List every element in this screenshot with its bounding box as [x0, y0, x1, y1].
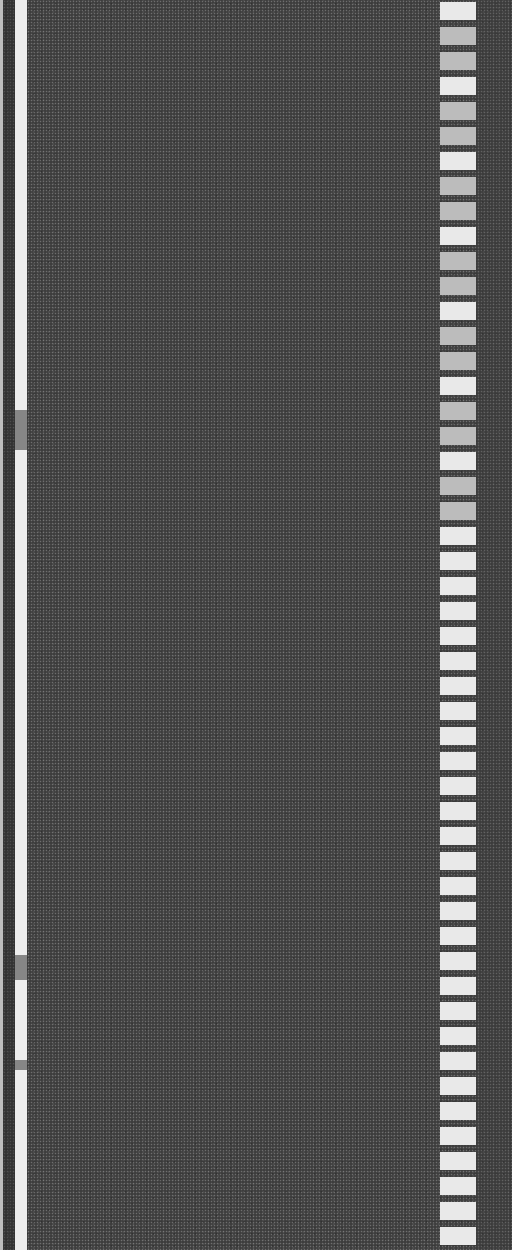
stripe	[440, 127, 476, 145]
stripe	[440, 1102, 476, 1120]
stripe	[440, 677, 476, 695]
stripe	[440, 952, 476, 970]
stripe	[440, 1202, 476, 1220]
line-wear	[15, 1060, 27, 1070]
stripe	[440, 577, 476, 595]
stripe	[440, 27, 476, 45]
line-wear	[15, 955, 27, 980]
stripe	[440, 377, 476, 395]
stripe	[440, 502, 476, 520]
stripe	[440, 52, 476, 70]
stripe	[440, 302, 476, 320]
left-shoulder	[3, 0, 15, 1250]
stripe	[440, 827, 476, 845]
stripe	[440, 627, 476, 645]
stripe	[440, 202, 476, 220]
stripe	[440, 227, 476, 245]
right-stripe-marking	[440, 0, 476, 1250]
stripe	[440, 2, 476, 20]
stripe	[440, 427, 476, 445]
stripe	[440, 1002, 476, 1020]
stripe	[440, 652, 476, 670]
stripe	[440, 727, 476, 745]
right-shoulder	[476, 0, 512, 1250]
stripe	[440, 852, 476, 870]
stripe	[440, 552, 476, 570]
stripe	[440, 327, 476, 345]
stripe	[440, 152, 476, 170]
stripe	[440, 977, 476, 995]
stripe	[440, 452, 476, 470]
stripe	[440, 702, 476, 720]
stripe	[440, 1227, 476, 1245]
asphalt-surface	[0, 0, 512, 1250]
stripe	[440, 352, 476, 370]
stripe	[440, 877, 476, 895]
stripe	[440, 1152, 476, 1170]
stripe	[440, 1177, 476, 1195]
stripe	[440, 402, 476, 420]
stripe	[440, 752, 476, 770]
stripe	[440, 252, 476, 270]
stripe	[440, 277, 476, 295]
stripe	[440, 1052, 476, 1070]
stripe	[440, 1127, 476, 1145]
stripe	[440, 902, 476, 920]
stripe	[440, 477, 476, 495]
stripe	[440, 177, 476, 195]
stripe	[440, 777, 476, 795]
stripe	[440, 1027, 476, 1045]
stripe	[440, 802, 476, 820]
stripe	[440, 527, 476, 545]
left-edge-line	[15, 0, 27, 1250]
stripe	[440, 1077, 476, 1095]
stripe	[440, 602, 476, 620]
stripe	[440, 927, 476, 945]
stripe	[440, 77, 476, 95]
line-wear	[15, 410, 27, 450]
stripe	[440, 102, 476, 120]
